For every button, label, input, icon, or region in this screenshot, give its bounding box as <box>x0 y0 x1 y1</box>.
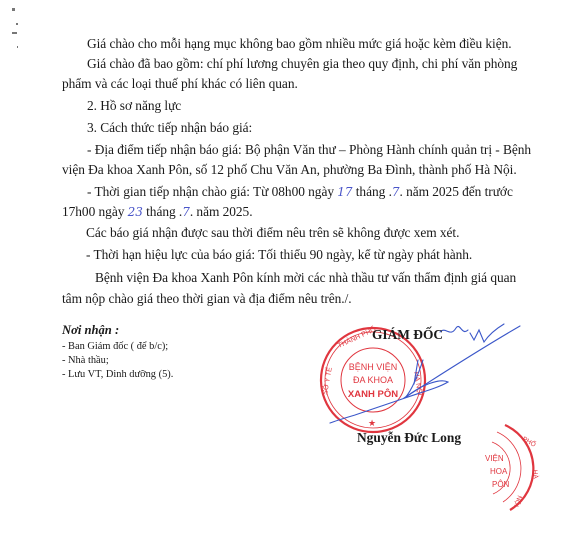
svg-text:★: ★ <box>368 418 376 428</box>
signature-title: GIÁM ĐỐC <box>372 327 443 343</box>
document-page: Giá chào cho mỗi hạng mục không bao gồm … <box>0 0 561 549</box>
partial-stamp: VIỆN HOA PÔN PHỐ HÀ NỘI <box>485 425 541 510</box>
stamp-center-line2: ĐA KHOA <box>353 375 393 385</box>
stamp-center-line1: BỆNH VIỆN <box>349 362 398 372</box>
stamp-overlay: BỆNH VIỆN ĐA KHOA XANH PÔN THÀNH PHỐ SỞ … <box>0 0 561 549</box>
stamp-center-line3: XANH PÔN <box>348 388 398 400</box>
partial-stamp-line3: PÔN <box>492 480 510 489</box>
partial-ring-right: HÀ <box>531 469 541 479</box>
signatory-name: Nguyễn Đức Long <box>357 430 461 446</box>
partial-ring-top: PHỐ <box>521 433 538 449</box>
partial-stamp-line2: HOA <box>490 467 508 476</box>
partial-stamp-line1: VIỆN <box>485 454 504 463</box>
